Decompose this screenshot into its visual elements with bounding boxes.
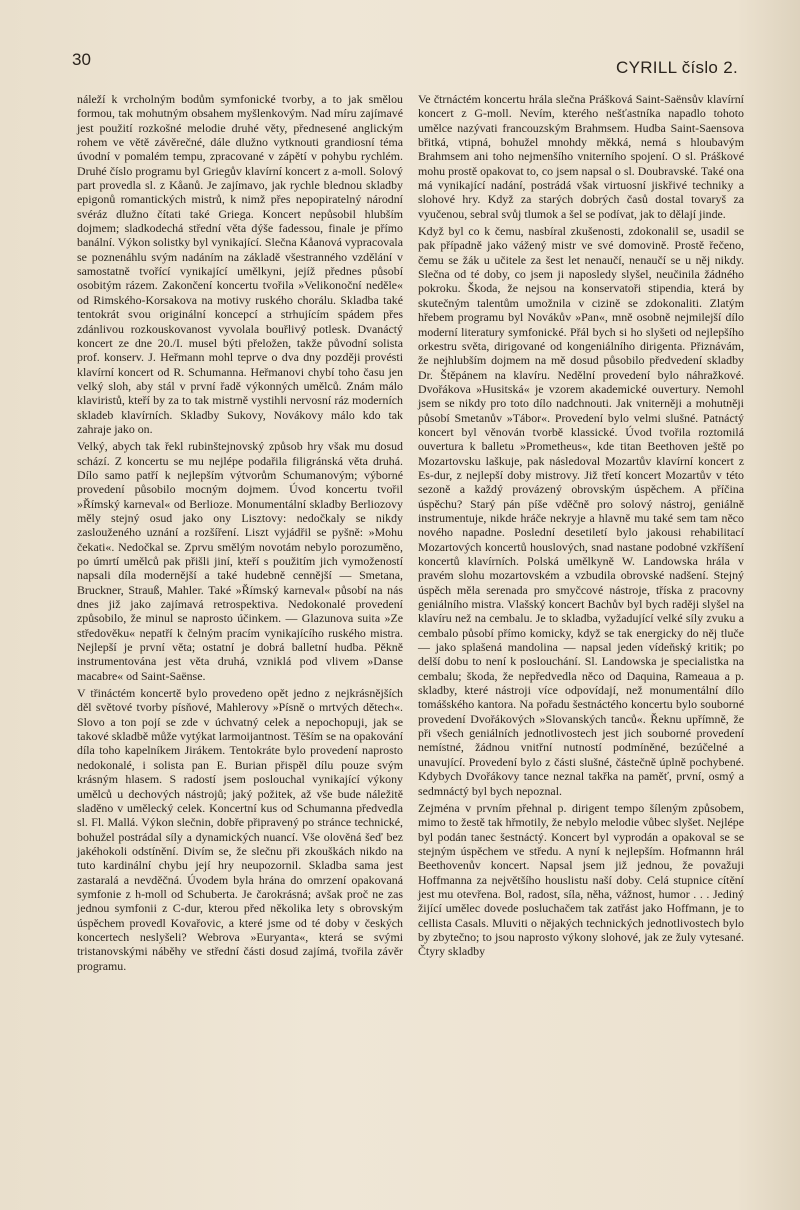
paragraph: V třináctém koncertě bylo provedeno opět… (77, 686, 403, 973)
right-column: Ve čtrnáctém koncertu hrála slečna Prášk… (418, 92, 744, 973)
page-number: 30 (72, 50, 91, 70)
paragraph: Ve čtrnáctém koncertu hrála slečna Prášk… (418, 92, 744, 221)
journal-title: CYRILL číslo 2. (616, 58, 738, 78)
paragraph: Velký, abych tak řekl rubinštejnovský zp… (77, 439, 403, 683)
paragraph: Když byl co k čemu, nasbíral zkušenosti,… (418, 224, 744, 798)
paragraph: Zejména v prvním přehnal p. dirigent tem… (418, 801, 744, 959)
running-head: 30 CYRILL číslo 2. (72, 50, 738, 80)
paragraph: náleží k vrcholným bodům symfonické tvor… (77, 92, 403, 436)
left-column: náleží k vrcholným bodům symfonické tvor… (77, 92, 403, 973)
text-columns: náleží k vrcholným bodům symfonické tvor… (77, 92, 745, 973)
magazine-page: 30 CYRILL číslo 2. náleží k vrcholným bo… (0, 0, 800, 1210)
